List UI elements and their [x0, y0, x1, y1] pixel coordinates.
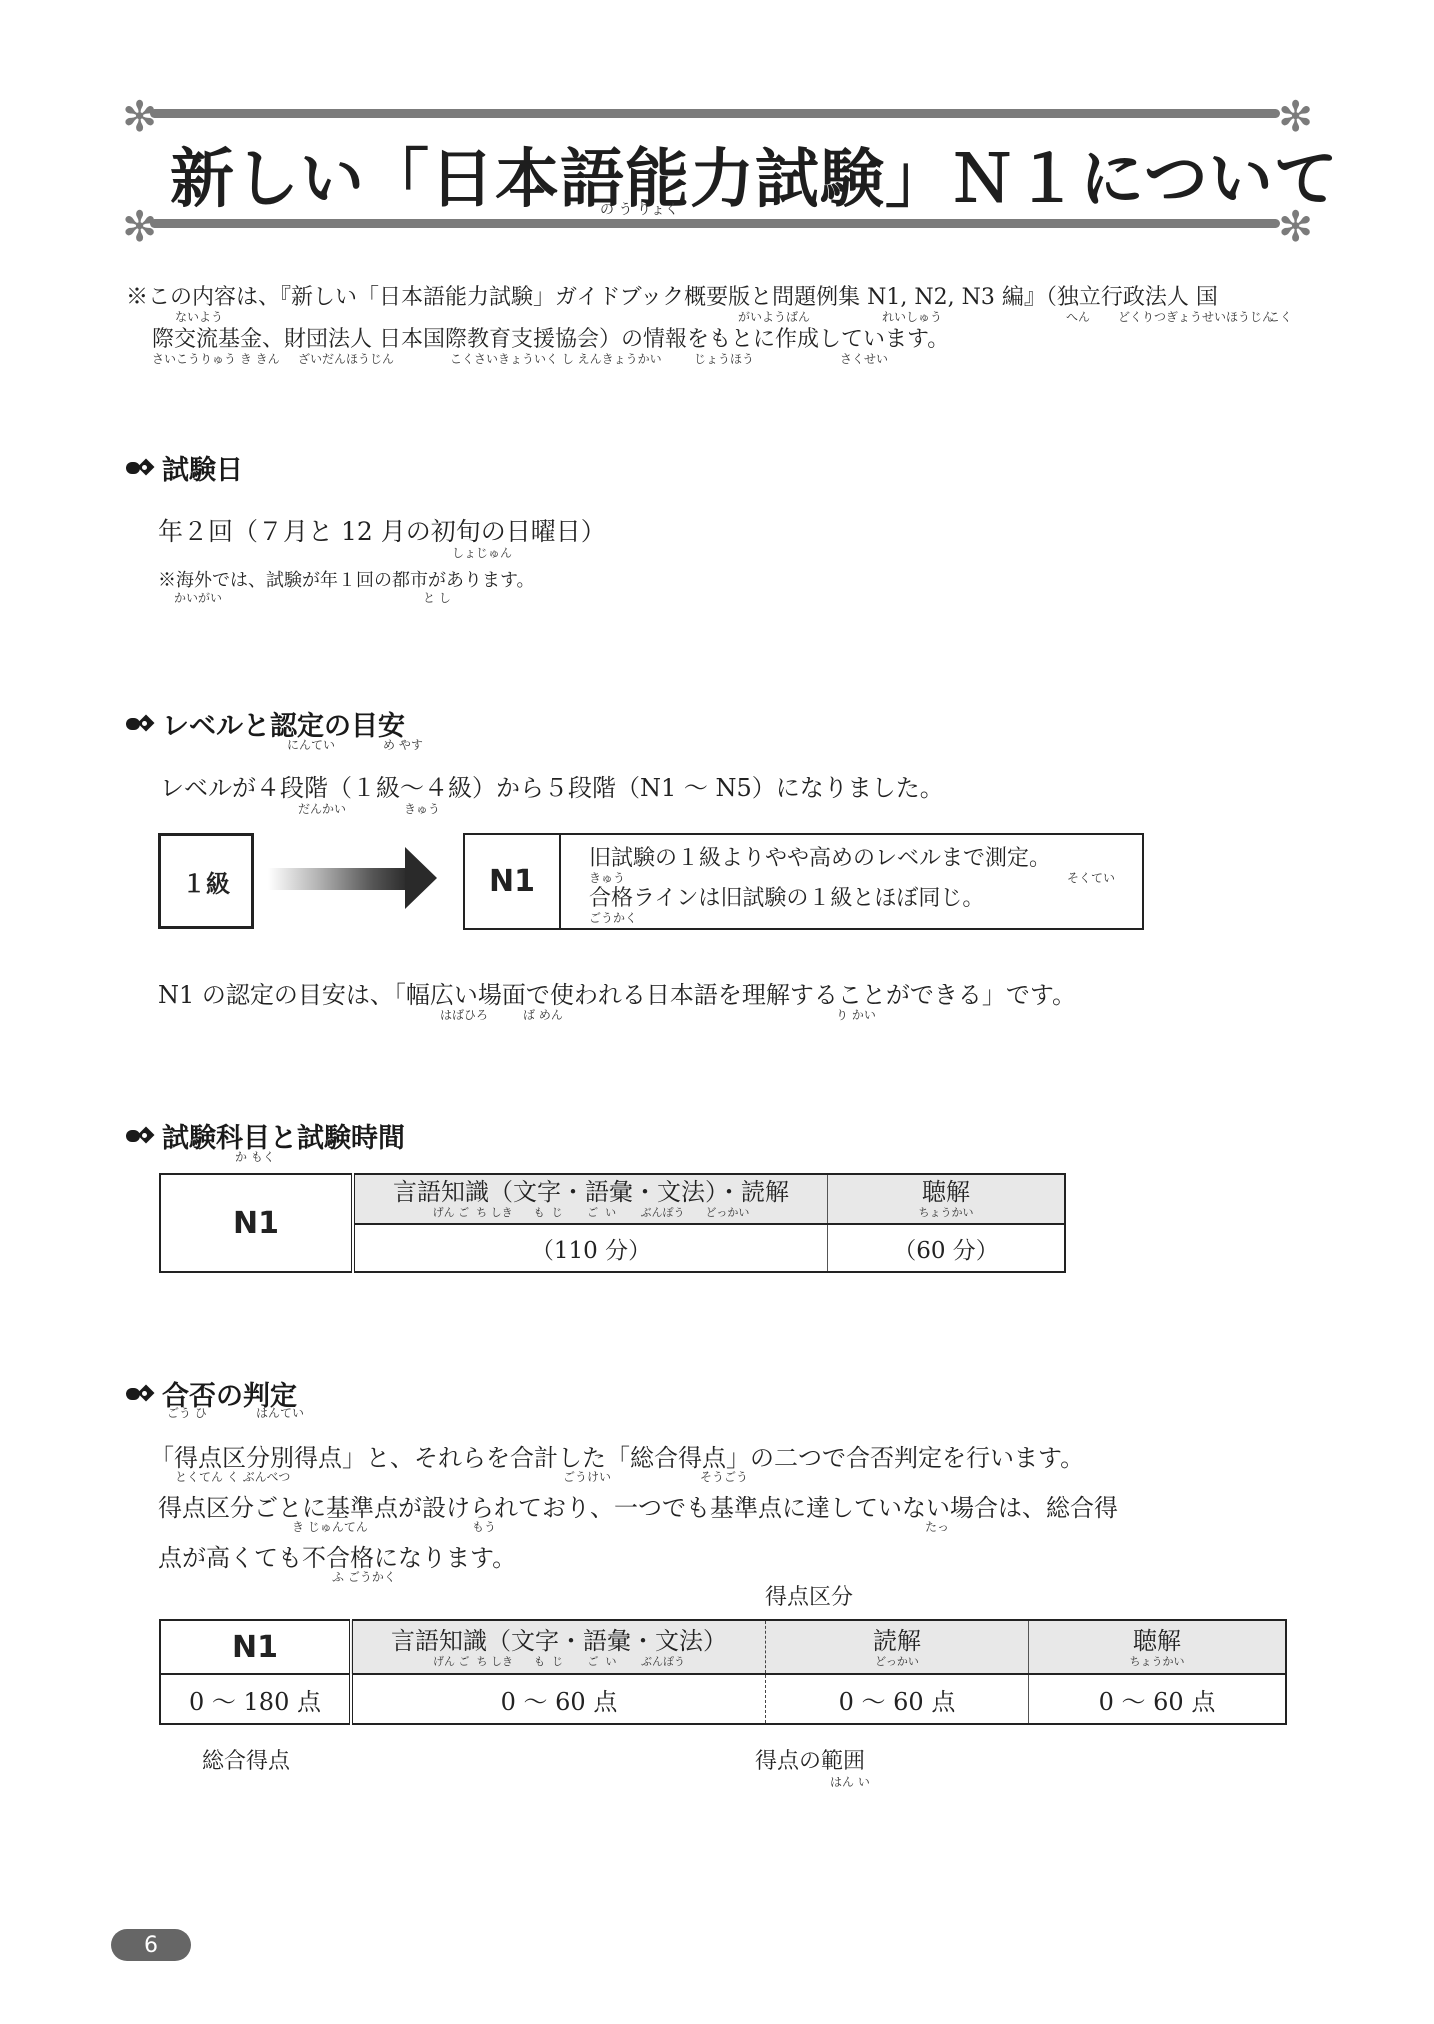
score-level-cell: N1: [160, 1620, 351, 1674]
level-text: レベルが４段階（１級〜４級）から５段階（N1 〜 N5）になりました。: [160, 768, 944, 803]
page-number-badge: 6: [111, 1929, 191, 1961]
arrow-shaft: [268, 868, 408, 890]
title-rule-top: [150, 109, 1280, 118]
title-rule-bottom: [150, 219, 1280, 228]
arrow-right-icon: [405, 847, 437, 909]
section-heading-level: レベルと認定の目安: [126, 704, 405, 743]
ruby-annotation: ごうけい: [563, 1468, 611, 1485]
ruby-annotation: こくさいきょういく し えんきょうかい: [450, 350, 662, 367]
subjects-col2-time: （60 分）: [828, 1224, 1066, 1272]
ruby-annotation: こく: [1268, 308, 1292, 325]
ruby-annotation: しょじゅん: [452, 544, 512, 561]
ruby-annotation: さくせい: [840, 350, 888, 367]
score-category-label: 得点区分: [765, 1580, 853, 1611]
heading-label: 試験科目と試験時間: [162, 1116, 405, 1155]
ruby-annotation: き じゅんてん: [292, 1518, 368, 1535]
pen-nib-bullet-icon: [126, 715, 158, 733]
section-heading-exam-date: 試験日: [126, 448, 243, 487]
ruby-annotation: そくてい: [1067, 869, 1115, 886]
ruby-annotation: じょうほう: [694, 350, 754, 367]
source-note-line2: 際交流基金、財団法人 日本国際教育支援協会）の情報をもとに作成しています。: [152, 322, 949, 353]
ruby-annotation: もう: [472, 1518, 496, 1535]
new-level-description: 旧試験の１級よりやや高めのレベルまで測定。 きゅうそくてい 合格ラインは旧試験の…: [561, 835, 1142, 928]
total-score-label: 総合得点: [202, 1744, 290, 1775]
ruby-annotation: はんてい: [256, 1404, 304, 1421]
subjects-level-cell: N1: [160, 1174, 353, 1272]
page-title: 新しい「日本語能力試験」Ｎ１について: [170, 128, 1339, 220]
ruby-annotation: と し: [423, 589, 451, 606]
score-header-listening: 聴解 ちょうかい: [1029, 1620, 1287, 1674]
score-header-reading: 読解 どっかい: [766, 1620, 1029, 1674]
subjects-table: N1 言語知識（文字・語彙・文法）・読解 げん ご ち しき も じ ご い ぶ…: [159, 1173, 1066, 1273]
header-label: 聴解: [1030, 1621, 1284, 1656]
header-ruby: どっかい: [767, 1653, 1027, 1669]
score-range-listening: 0 〜 60 点: [1029, 1674, 1287, 1724]
source-note-line1: ※この内容は、『新しい「日本語能力試験」ガイドブック概要版と問題例集 N1, N…: [126, 280, 1218, 311]
page-number: 6: [144, 1933, 158, 1958]
ruby-annotation: かいがい: [174, 589, 222, 606]
ruby-annotation: ごう ひ: [167, 1404, 207, 1421]
ruby-annotation: へん: [1066, 308, 1090, 325]
ruby-annotation: きゅう: [404, 800, 440, 817]
pen-nib-bullet-icon: [126, 459, 158, 477]
ruby-annotation: ば めん: [523, 1006, 563, 1023]
score-header-language: 言語知識（文字・語彙・文法） げん ご ち しき も じ ご い ぶんぽう: [351, 1620, 766, 1674]
score-table: N1 言語知識（文字・語彙・文法） げん ご ち しき も じ ご い ぶんぽう…: [159, 1619, 1287, 1725]
level-summary: N1 の認定の目安は、「幅広い場面で使われる日本語を理解することができる」です。: [158, 975, 1076, 1010]
heading-label: レベルと認定の目安: [162, 704, 405, 743]
pen-nib-bullet-icon: [126, 1127, 158, 1145]
pen-nib-bullet-icon: [126, 1385, 158, 1403]
ruby-annotation: そうごう: [700, 1468, 748, 1485]
ruby-annotation: ごうかく: [589, 909, 637, 926]
ruby-annotation: にんてい: [287, 736, 335, 753]
score-range-ruby: はん い: [830, 1773, 870, 1790]
ruby-annotation: ふ ごうかく: [332, 1568, 396, 1585]
ruby-annotation: とくてん く ぶんべつ: [175, 1468, 290, 1485]
new-level-label: N1: [465, 835, 561, 928]
exam-date-text: 年２回（７月と 12 月の初旬の日曜日）: [158, 512, 606, 548]
ruby-annotation: ざいだんほうじん: [298, 350, 394, 367]
header-ruby: ちょうかい: [1030, 1653, 1284, 1669]
score-total-range: 0 〜 180 点: [160, 1674, 351, 1724]
score-range-label: 得点の範囲: [755, 1744, 865, 1775]
title-ruby: の う りょく: [600, 199, 679, 219]
header-label: 言語知識（文字・語彙・文法）: [354, 1621, 764, 1656]
desc-line1: 旧試験の１級よりやや高めのレベルまで測定。: [589, 841, 1051, 872]
col1-header-label: 言語知識（文字・語彙・文法）・読解: [356, 1172, 826, 1207]
ruby-annotation: たっ: [925, 1518, 949, 1535]
ruby-annotation: さいこうりゅう き きん: [152, 350, 280, 367]
col2-header-ruby: ちょうかい: [829, 1204, 1063, 1220]
ruby-annotation: め やす: [383, 736, 423, 753]
ruby-annotation: どくりつぎょうせいほうじん: [1118, 308, 1274, 325]
subjects-col1-time: （110 分）: [353, 1224, 828, 1272]
old-level-box: １級: [158, 833, 254, 929]
subjects-col2-header: 聴解 ちょうかい: [828, 1174, 1066, 1224]
new-level-box: N1 旧試験の１級よりやや高めのレベルまで測定。 きゅうそくてい 合格ラインは旧…: [463, 833, 1144, 930]
desc-line2: 合格ラインは旧試験の１級とほぼ同じ。: [589, 881, 984, 912]
ruby-annotation: か もく: [235, 1148, 275, 1165]
ruby-annotation: はばひろ: [440, 1006, 488, 1023]
score-range-language: 0 〜 60 点: [351, 1674, 766, 1724]
header-label: 読解: [767, 1621, 1027, 1656]
score-range-reading: 0 〜 60 点: [766, 1674, 1029, 1724]
ruby-annotation: だんかい: [298, 800, 346, 817]
heading-label: 試験日: [162, 448, 243, 487]
col2-header-label: 聴解: [829, 1172, 1063, 1207]
asterisk-icon: ✻: [1278, 206, 1313, 248]
subjects-col1-header: 言語知識（文字・語彙・文法）・読解 げん ご ち しき も じ ご い ぶんぽう…: [353, 1174, 828, 1224]
ruby-annotation: り かい: [836, 1006, 876, 1023]
